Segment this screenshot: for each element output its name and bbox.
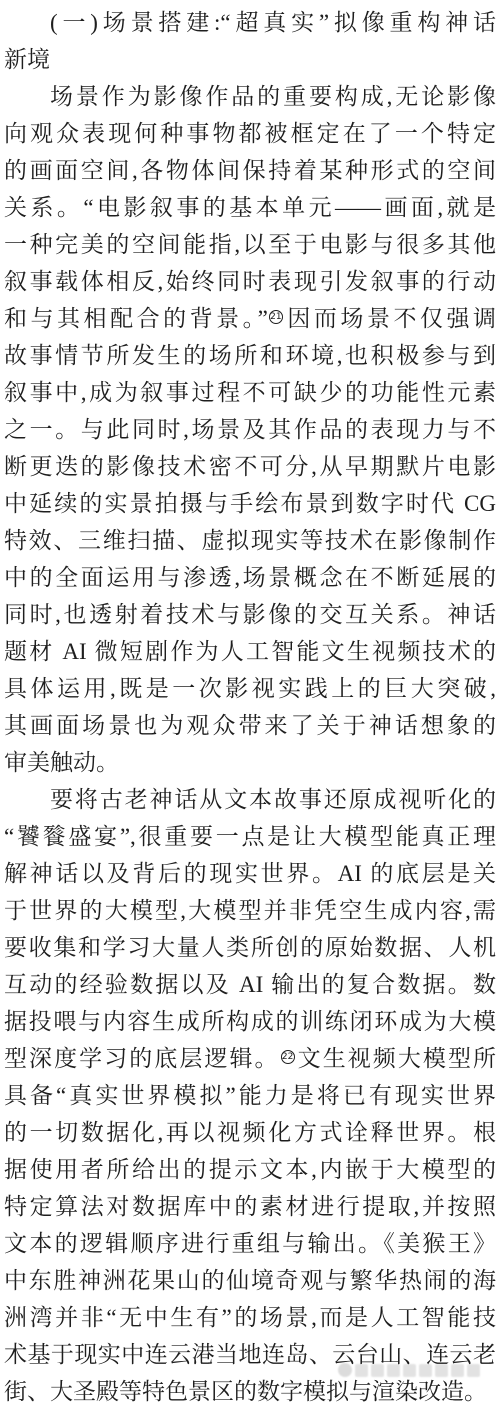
text-line: 互动的经验数据以及 AI 输出的复合数据。数 xyxy=(4,966,496,1003)
text-line: 同时,也透射着技术与影像的交互关系。神话 xyxy=(4,596,496,633)
paragraph-end-line: 审美触动。 xyxy=(4,744,496,781)
text-line: 具备“真实世界模拟”能力是将已有现实世界 xyxy=(4,1077,496,1114)
text-line: 解神话以及背后的现实世界。AI 的底层是关 xyxy=(4,855,496,892)
text-line: 术基于现实中连云港当地连岛、云台山、连云老 xyxy=(4,1336,496,1373)
text-line: 叙事中,成为叙事过程不可缺少的功能性元素 xyxy=(4,374,496,411)
text-line: “饕餮盛宴”,很重要一点是让大模型能真正理 xyxy=(4,818,496,855)
text-line: 故事情节所发生的场所和环境,也积极参与到 xyxy=(4,337,496,374)
text-segment: 型深度学习的底层逻辑。 xyxy=(4,1046,280,1071)
text-segment: 和与其相配合的背景。” xyxy=(4,306,268,331)
text-line: 的画面空间,各物体间保持着某种形式的空间 xyxy=(4,152,496,189)
section-heading-line: 新境 xyxy=(4,41,496,78)
section-heading-line: (一)场景搭建:“超真实”拟像重构神话 xyxy=(4,4,496,41)
text-line: 向观众表现何种事物都被框定在了一个特定 xyxy=(4,115,496,152)
text-line: 叙事载体相反,始终同时表现引发叙事的行动 xyxy=(4,263,496,300)
text-line: 题材 AI 微短剧作为人工智能文生视频技术的 xyxy=(4,633,496,670)
paragraph-end-line: 街、大圣殿等特色景区的数字模拟与渲染改造。 xyxy=(4,1373,496,1410)
text-line: 具体运用,既是一次影视实践上的巨大突破, xyxy=(4,670,496,707)
text-line: 中的全面运用与渗透,场景概念在不断延展的 xyxy=(4,559,496,596)
text-line: 要收集和学习大量人类所创的原始数据、人机 xyxy=(4,929,496,966)
text-line: 断更迭的影像技术密不可分,从早期默片电影 xyxy=(4,448,496,485)
text-segment: 因而场景不仅强调 xyxy=(284,306,496,331)
footnote-marker-22-icon: 22 xyxy=(281,1050,295,1064)
text-line: 场景作为影像作品的重要构成,无论影像 xyxy=(4,78,496,115)
text-line: 特效、三维扫描、虚拟现实等技术在影像制作 xyxy=(4,522,496,559)
text-line: 关系。“电影叙事的基本单元——画面,就是 xyxy=(4,189,496,226)
text-segment: 文生视频大模型所 xyxy=(296,1046,496,1071)
text-line: 之一。与此同时,场景及其作品的表现力与不 xyxy=(4,411,496,448)
text-line: 中东胜神洲花果山的仙境奇观与繁华热闹的海 xyxy=(4,1262,496,1299)
text-line: 的一切数据化,再以视频化方式诠释世界。根 xyxy=(4,1114,496,1151)
footnote-marker-21-icon: 21 xyxy=(269,310,283,324)
text-line: 于世界的大模型,大模型并非凭空生成内容,需 xyxy=(4,892,496,929)
text-line: 文本的逻辑顺序进行重组与输出。《美猴王》 xyxy=(4,1225,496,1262)
text-line-with-footnote: 和与其相配合的背景。”21因而场景不仅强调 xyxy=(4,300,496,337)
text-line: 据投喂与内容生成所构成的训练闭环成为大模 xyxy=(4,1003,496,1040)
text-line-with-footnote: 型深度学习的底层逻辑。22文生视频大模型所 xyxy=(4,1040,496,1077)
text-line: 要将古老神话从文本故事还原成视听化的 xyxy=(4,781,496,818)
text-line: 据使用者所给出的提示文本,内嵌于大模型的 xyxy=(4,1151,496,1188)
text-line: 中延续的实景拍摄与手绘布景到数字时代 CG xyxy=(4,485,496,522)
text-column: (一)场景搭建:“超真实”拟像重构神话 新境 场景作为影像作品的重要构成,无论影… xyxy=(4,4,496,1410)
text-line: 特定算法对数据库中的素材进行提取,并按照 xyxy=(4,1188,496,1225)
text-line: 一种完美的空间能指,以至于电影与很多其他 xyxy=(4,226,496,263)
text-line: 洲湾并非“无中生有”的场景,而是人工智能技 xyxy=(4,1299,496,1336)
text-line: 其画面场景也为观众带来了关于神话想象的 xyxy=(4,707,496,744)
document-page: (一)场景搭建:“超真实”拟像重构神话 新境 场景作为影像作品的重要构成,无论影… xyxy=(0,0,500,1410)
